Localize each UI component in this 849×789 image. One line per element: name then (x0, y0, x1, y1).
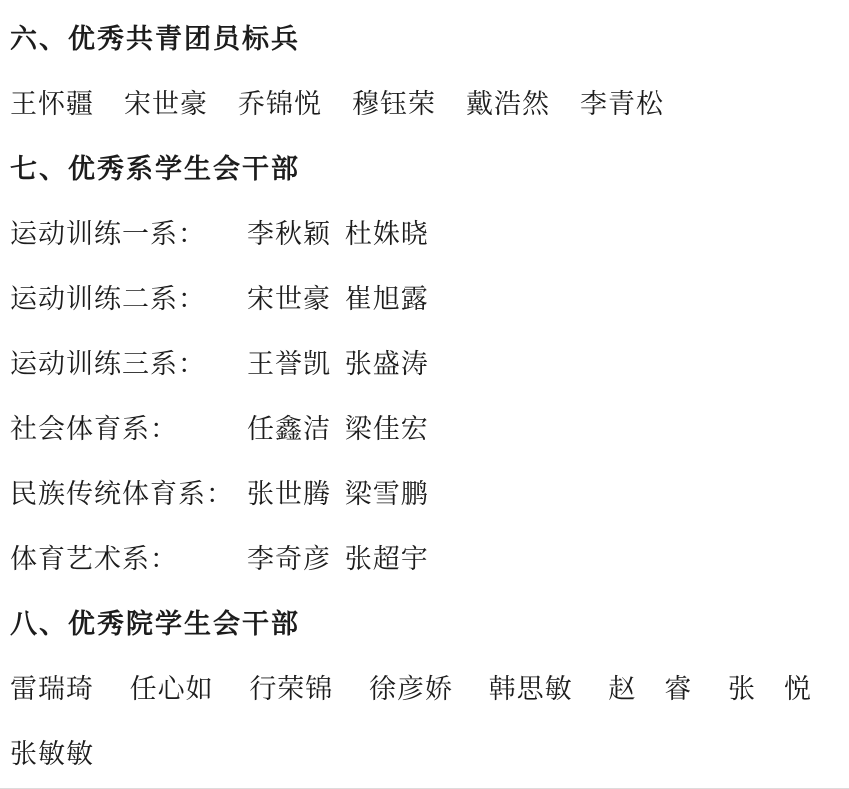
department-names: 李秋颖 杜姝晓 (247, 212, 429, 251)
department-names: 李奇彦 张超宇 (247, 537, 429, 576)
awardee-name: 王怀疆 (10, 82, 94, 121)
award-names-row-section6: 王怀疆 宋世豪 乔锦悦 穆钰荣 戴浩然 李青松 (10, 69, 811, 134)
department-row: 运动训练三系： 王誉凯 张盛涛 (10, 329, 811, 394)
awardee-name: 穆钰荣 (352, 82, 436, 121)
department-row: 社会体育系： 任鑫洁 梁佳宏 (10, 394, 811, 459)
awardee-name: 徐彦娇 (369, 667, 453, 706)
award-document: 六、优秀共青团员标兵 王怀疆 宋世豪 乔锦悦 穆钰荣 戴浩然 李青松 七、优秀系… (0, 0, 849, 789)
awardee-name: 雷瑞琦 (10, 667, 94, 706)
awardee-name: 戴浩然 (466, 82, 550, 121)
department-label: 运动训练三系： (10, 342, 247, 381)
department-label: 运动训练二系： (10, 277, 247, 316)
section-heading-7: 七、优秀系学生会干部 (10, 134, 811, 199)
department-label: 民族传统体育系： (10, 472, 247, 511)
awardee-name: 韩思敏 (489, 667, 573, 706)
department-label: 社会体育系： (10, 407, 247, 446)
awardee-name: 赵 睿 (608, 667, 692, 706)
awardee-name: 李青松 (580, 82, 664, 121)
awardee-name: 任心如 (130, 667, 214, 706)
department-names: 宋世豪 崔旭露 (247, 277, 429, 316)
department-row: 体育艺术系： 李奇彦 张超宇 (10, 524, 811, 589)
department-label: 体育艺术系： (10, 537, 247, 576)
section-heading-8: 八、优秀院学生会干部 (10, 589, 811, 654)
awardee-name: 宋世豪 (124, 82, 208, 121)
awardee-name: 张敏敏 (10, 732, 94, 771)
awardee-name: 乔锦悦 (238, 82, 322, 121)
award-names-row-overflow: 张敏敏 (10, 719, 811, 784)
award-names-row-section8: 雷瑞琦 任心如 行荣锦 徐彦娇 韩思敏 赵 睿 张 悦 (10, 654, 812, 719)
section-heading-6: 六、优秀共青团员标兵 (10, 4, 811, 69)
department-row: 运动训练一系： 李秋颖 杜姝晓 (10, 199, 811, 264)
department-names: 任鑫洁 梁佳宏 (247, 407, 429, 446)
department-names: 张世腾 梁雪鹏 (247, 472, 429, 511)
department-row: 民族传统体育系： 张世腾 梁雪鹏 (10, 459, 811, 524)
department-row: 运动训练二系： 宋世豪 崔旭露 (10, 264, 811, 329)
department-names: 王誉凯 张盛涛 (247, 342, 429, 381)
awardee-name: 行荣锦 (249, 667, 333, 706)
awardee-name: 张 悦 (728, 667, 812, 706)
department-label: 运动训练一系： (10, 212, 247, 251)
